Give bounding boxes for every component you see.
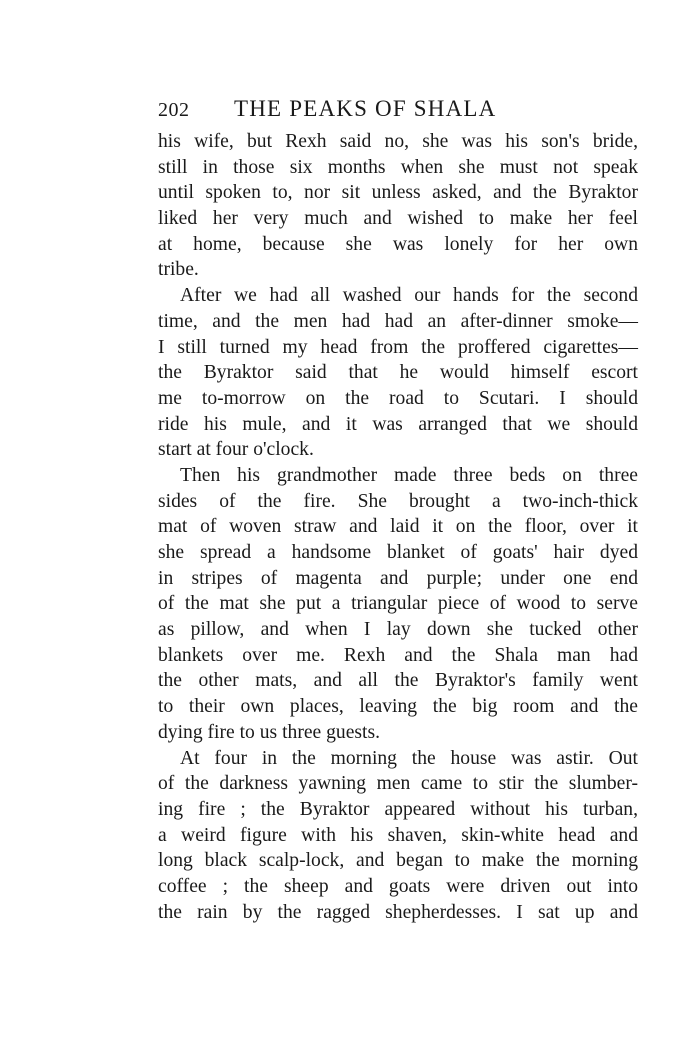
text-line: tribe.	[158, 257, 638, 283]
text-line: At four in the morning the house was ast…	[158, 746, 638, 772]
text-line: in stripes of magenta and purple; under …	[158, 566, 638, 592]
text-line: ing fire ; the Byraktor appeared without…	[158, 797, 638, 823]
text-line: his wife, but Rexh said no, she was his …	[158, 129, 638, 155]
text-line: of the mat she put a triangular piece of…	[158, 591, 638, 617]
text-line: Then his grandmother made three beds on …	[158, 463, 638, 489]
text-line: the Byraktor said that he would himself …	[158, 360, 638, 386]
text-line: blankets over me. Rexh and the Shala man…	[158, 643, 638, 669]
body-text: his wife, but Rexh said no, she was his …	[158, 129, 638, 925]
text-line: the rain by the ragged shepherdesses. I …	[158, 900, 638, 926]
text-line: sides of the fire. She brought a two-inc…	[158, 489, 638, 515]
paragraph: Then his grandmother made three beds on …	[158, 463, 638, 746]
text-line: a weird figure with his shaven, skin-whi…	[158, 823, 638, 849]
text-line: liked her very much and wished to make h…	[158, 206, 638, 232]
paragraph: his wife, but Rexh said no, she was his …	[158, 129, 638, 283]
text-line: as pillow, and when I lay down she tucke…	[158, 617, 638, 643]
text-line: long black scalp-lock, and began to make…	[158, 848, 638, 874]
running-head: 202 THE PEAKS OF SHALA	[158, 94, 638, 124]
text-line: dying fire to us three guests.	[158, 720, 638, 746]
text-line: still in those six months when she must …	[158, 155, 638, 181]
paragraph: After we had all washed our hands for th…	[158, 283, 638, 463]
text-line: After we had all washed our hands for th…	[158, 283, 638, 309]
text-line: until spoken to, nor sit unless asked, a…	[158, 180, 638, 206]
paragraph: At four in the morning the house was ast…	[158, 746, 638, 926]
text-line: I still turned my head from the proffere…	[158, 335, 638, 361]
text-line: time, and the men had had an after-dinne…	[158, 309, 638, 335]
running-title: THE PEAKS OF SHALA	[234, 94, 496, 124]
text-line: at home, because she was lonely for her …	[158, 232, 638, 258]
page-number: 202	[158, 95, 190, 125]
text-line: start at four o'clock.	[158, 437, 638, 463]
book-page: 202 THE PEAKS OF SHALA his wife, but Rex…	[158, 94, 638, 925]
text-line: she spread a handsome blanket of goats' …	[158, 540, 638, 566]
text-line: me to-morrow on the road to Scutari. I s…	[158, 386, 638, 412]
text-line: coffee ; the sheep and goats were driven…	[158, 874, 638, 900]
text-line: the other mats, and all the Byraktor's f…	[158, 668, 638, 694]
text-line: mat of woven straw and laid it on the fl…	[158, 514, 638, 540]
text-line: to their own places, leaving the big roo…	[158, 694, 638, 720]
text-line: of the darkness yawning men came to stir…	[158, 771, 638, 797]
text-line: ride his mule, and it was arranged that …	[158, 412, 638, 438]
